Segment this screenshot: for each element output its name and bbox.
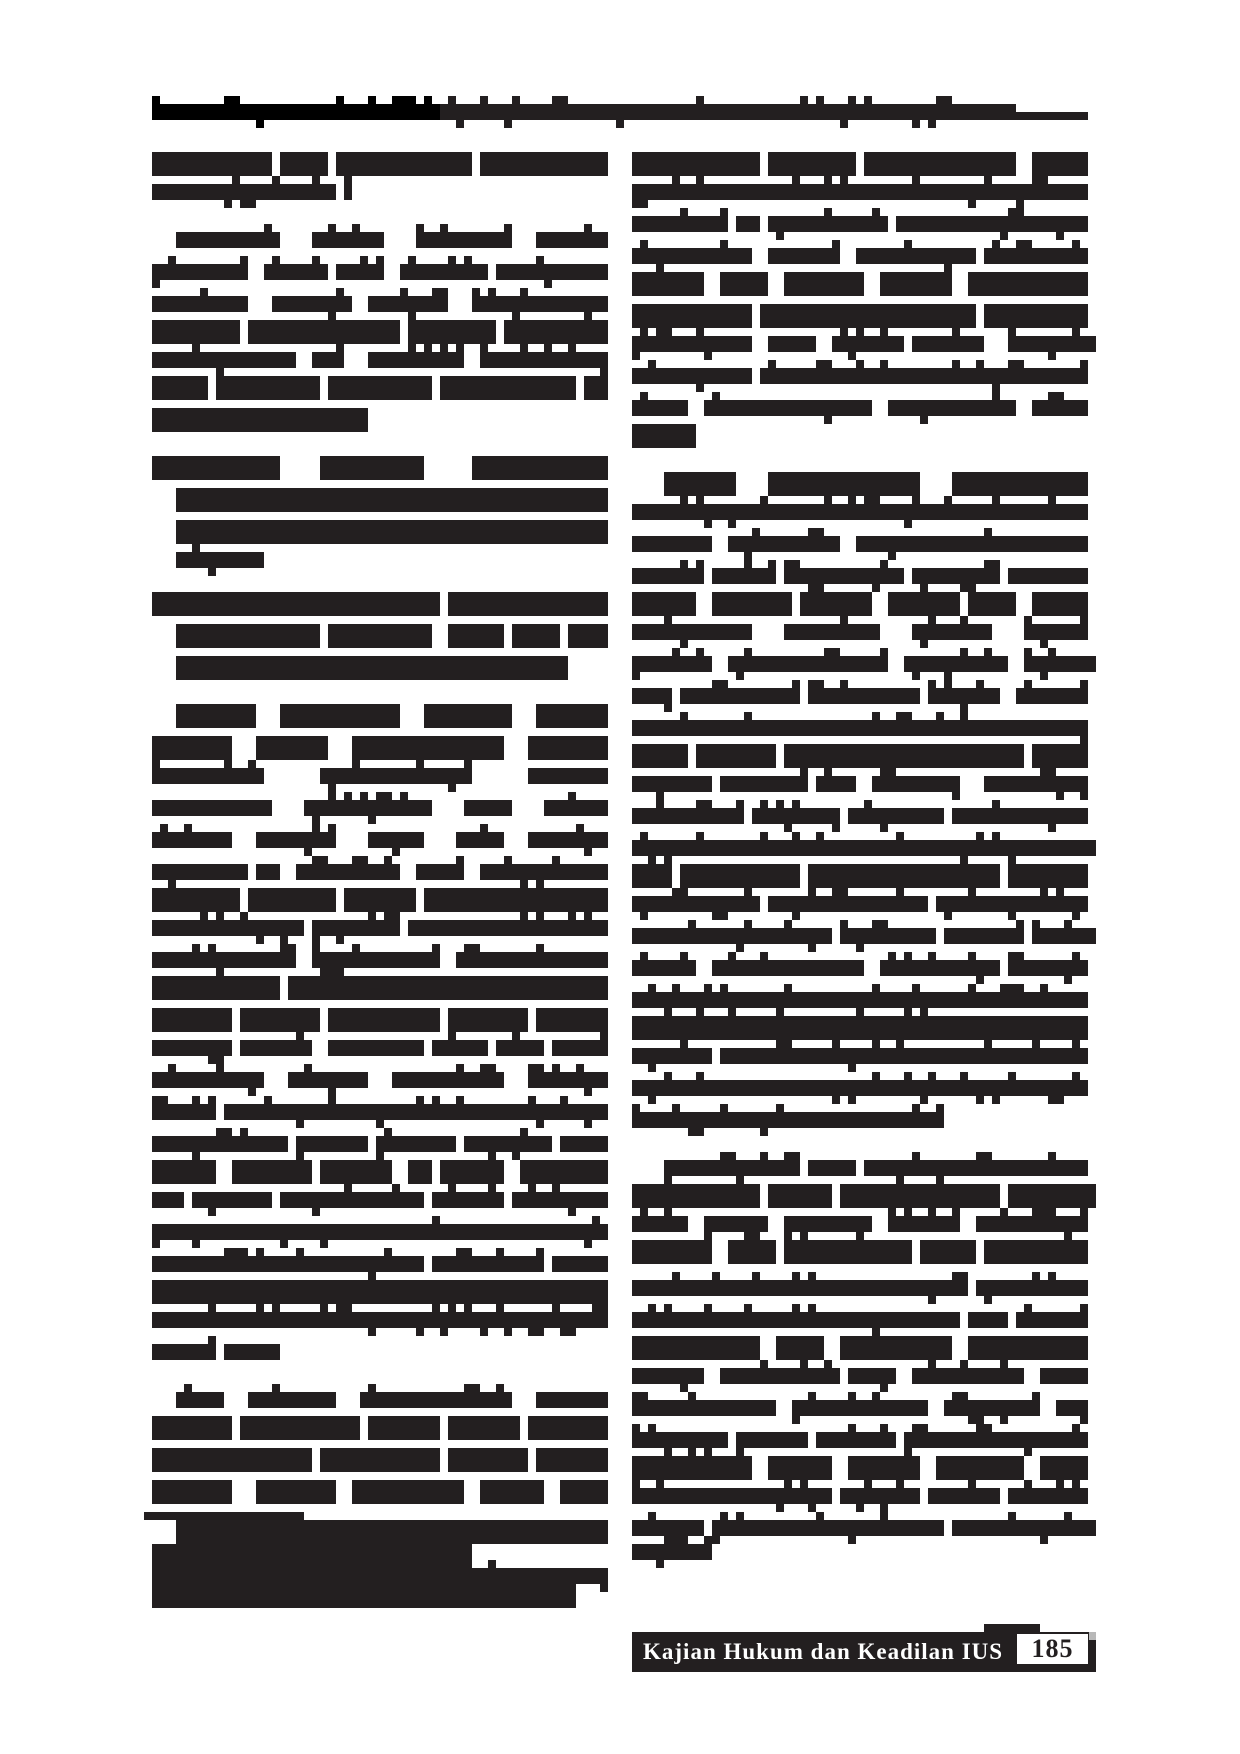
footnotes bbox=[0, 0, 1240, 1754]
obscured-word bbox=[152, 1584, 576, 1608]
footer-corner-mark bbox=[1089, 1632, 1096, 1640]
obscured-word bbox=[152, 1568, 608, 1584]
obscured-word bbox=[176, 1520, 608, 1544]
obscured-ascender bbox=[488, 1560, 496, 1568]
journal-footer-bar: Kajian Hukum dan Keadilan IUS 185 bbox=[632, 1632, 1096, 1672]
footnote-separator bbox=[144, 1512, 304, 1520]
obscured-ascender bbox=[456, 1560, 464, 1568]
footer-tab-decoration bbox=[984, 1624, 1040, 1632]
obscured-ascender bbox=[464, 1560, 472, 1568]
obscured-word bbox=[152, 1544, 472, 1568]
page-number: 185 bbox=[1032, 1634, 1074, 1663]
obscured-descender bbox=[600, 1584, 608, 1592]
journal-title: Kajian Hukum dan Keadilan IUS bbox=[643, 1637, 1003, 1667]
page-number-box: 185 bbox=[1017, 1634, 1088, 1664]
obscured-ascender bbox=[256, 1560, 264, 1568]
journal-page: Kajian Hukum dan Keadilan IUS 185 bbox=[0, 0, 1240, 1754]
